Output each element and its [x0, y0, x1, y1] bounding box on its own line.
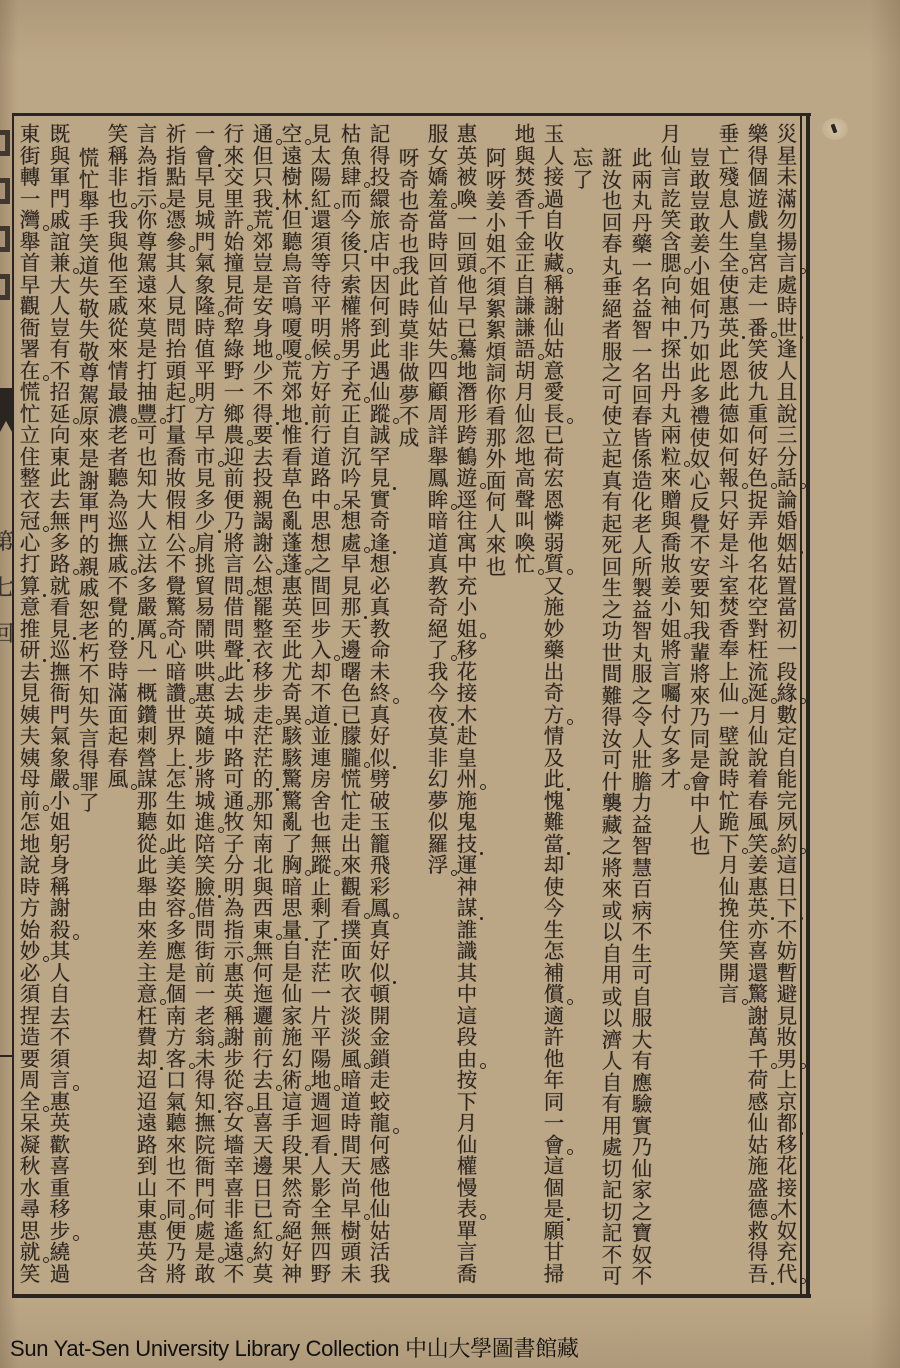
character: 戲	[746, 210, 770, 232]
character: 陪	[193, 834, 217, 856]
punctuation-circle	[131, 569, 137, 575]
character: 非	[106, 167, 130, 189]
character: 將	[193, 769, 217, 791]
character: 有	[48, 339, 72, 361]
character: 點	[164, 167, 188, 189]
character: 惠	[455, 124, 479, 146]
punctuation-circle	[160, 999, 166, 1005]
character: 推	[18, 619, 42, 641]
punctuation-dot	[771, 1282, 774, 1285]
text-column: 忘了	[571, 148, 595, 191]
character: 你	[484, 385, 508, 407]
text-column: 見太陽紅還須等待平明候方好前行道路中思想之間回步入却不道並連房舍也無蹤止剩了茫茫…	[309, 124, 333, 1285]
character: 意	[18, 597, 42, 619]
character: 步	[309, 619, 333, 641]
character: 是	[164, 189, 188, 211]
character: 投	[368, 167, 392, 189]
character: 奇	[426, 597, 450, 619]
punctuation-dot	[480, 852, 483, 855]
character: 失	[77, 277, 101, 299]
punctuation-circle	[480, 268, 486, 274]
character: 能	[775, 769, 799, 791]
character: 風	[339, 1049, 363, 1071]
character: 分	[775, 447, 799, 469]
character: 鎖	[368, 1049, 392, 1071]
character: 知	[135, 468, 159, 490]
character: 太	[309, 146, 333, 168]
character: 轉	[18, 167, 42, 189]
character: 這	[455, 1006, 479, 1028]
character: 犂	[222, 318, 246, 340]
character: 不	[309, 683, 333, 705]
character: 未	[775, 167, 799, 189]
character: 移	[455, 640, 479, 662]
punctuation-circle	[567, 1149, 573, 1155]
character: 質	[542, 554, 566, 576]
punctuation-circle	[43, 1257, 49, 1263]
character: 感	[746, 1092, 770, 1114]
character: 回	[309, 597, 333, 619]
character: 姐	[48, 812, 72, 834]
character: 殺	[48, 920, 72, 942]
character: 費	[135, 1027, 159, 1049]
character: 金	[368, 1027, 392, 1049]
character: 製	[630, 578, 654, 600]
character: 可	[135, 425, 159, 447]
character: 與	[251, 877, 275, 899]
character: 失	[77, 707, 101, 729]
character: 走	[368, 1070, 392, 1092]
character: 移	[48, 1199, 72, 1221]
character: 玉	[368, 812, 392, 834]
character: 恕	[77, 600, 101, 622]
character: 立	[135, 533, 159, 555]
character: 始	[18, 920, 42, 942]
character: 怎	[542, 941, 566, 963]
character: 戚	[48, 210, 72, 232]
punctuation-dot	[247, 659, 250, 662]
character: 覺	[688, 514, 712, 536]
character: 莫	[397, 320, 421, 342]
character: 面	[106, 705, 130, 727]
character: 人	[630, 535, 654, 557]
character: 月	[455, 1113, 479, 1135]
character: 乃	[222, 511, 246, 533]
character: 空	[280, 124, 304, 146]
character: 乃	[630, 1137, 654, 1159]
character: 誑	[600, 148, 624, 170]
character: 軍	[48, 167, 72, 189]
character: 間	[309, 576, 333, 598]
character: 玉	[542, 124, 566, 146]
character: 言	[77, 729, 101, 751]
character: 浮	[426, 855, 450, 877]
character: 姐	[455, 619, 479, 641]
character: 立	[600, 428, 624, 450]
character: 地	[309, 1070, 333, 1092]
character: 首	[18, 253, 42, 275]
character: 死	[600, 535, 624, 557]
character: 住	[717, 920, 741, 942]
frame-left-border	[12, 113, 14, 1298]
character: 同	[164, 1199, 188, 1221]
character: 如	[717, 425, 741, 447]
character: 回	[600, 213, 624, 235]
character: 聽	[135, 812, 159, 834]
text-column: 服女嬌羞當時回首仙姑失四顧周詳舉鳳眸暗道真教奇絕了我今夜莫非幻夢似羅浮	[426, 124, 450, 877]
character: 問	[222, 576, 246, 598]
character: 花	[775, 1156, 799, 1178]
character: 向	[48, 425, 72, 447]
punctuation-circle	[131, 418, 137, 424]
character: 人	[717, 210, 741, 232]
character: 凡	[135, 640, 159, 662]
text-column: 慌忙舉手笑道失敬失敬尊駕原來是謝軍門的親戚恕老朽不知失言得罪了	[77, 148, 101, 815]
character: 身	[48, 855, 72, 877]
character: 不	[164, 554, 188, 576]
character: 姨	[18, 705, 42, 727]
text-column: 東街轉一灣舉首早觀衙署在慌忙立住整衣冠心打算意推研去見姨夫姨母前怎地說時方始妙必…	[18, 124, 42, 1285]
punctuation-circle	[189, 1214, 195, 1220]
character: 無	[251, 941, 275, 963]
character: 祈	[164, 124, 188, 146]
character: 跨	[455, 425, 479, 447]
character: 公	[251, 554, 275, 576]
character: 立	[18, 425, 42, 447]
character: 豈	[688, 148, 712, 170]
character: 一	[630, 342, 654, 364]
character: 掃	[542, 1264, 566, 1286]
character: 忙	[77, 170, 101, 192]
character: 權	[455, 1156, 479, 1178]
character: 反	[688, 492, 712, 514]
character: 了	[77, 793, 101, 815]
character: 記	[600, 1180, 624, 1202]
character: 膽	[630, 772, 654, 794]
character: 也	[600, 191, 624, 213]
frame-top-border	[12, 113, 811, 116]
character: 當	[775, 597, 799, 619]
character: 羞	[426, 189, 450, 211]
character: 山	[135, 1178, 159, 1200]
character: 覺	[164, 576, 188, 598]
character: 將	[688, 664, 712, 686]
character: 對	[746, 619, 770, 641]
character: 量	[280, 920, 304, 942]
character: 候	[309, 339, 333, 361]
punctuation-circle	[43, 526, 49, 532]
character: 謝	[222, 1027, 246, 1049]
character: 的	[77, 535, 101, 557]
character: 京	[775, 1092, 799, 1114]
character: 妨	[775, 941, 799, 963]
character: 壁	[717, 726, 741, 748]
character: 忽	[513, 425, 537, 447]
character: 幻	[280, 1049, 304, 1071]
text-column: 記得投繯旅店中因何到此遇仙蹤誠罕見實奇逢想必真教命未終真好似劈破玉籠飛彩鳳真好似…	[368, 124, 392, 1285]
character: 德	[717, 404, 741, 426]
character: 詳	[426, 425, 450, 447]
character: 少	[193, 511, 217, 533]
character: 亡	[717, 146, 741, 168]
punctuation-circle	[567, 268, 573, 274]
character: 起	[600, 449, 624, 471]
character: 來	[339, 855, 363, 877]
character: 荷	[222, 296, 246, 318]
character: 敬	[77, 299, 101, 321]
character: 使	[600, 406, 624, 428]
character: 應	[164, 941, 188, 963]
punctuation-dot	[393, 981, 396, 984]
library-watermark: Sun Yat-Sen University Library Collectio…	[10, 1337, 579, 1361]
character: 尊	[135, 232, 159, 254]
character: 中	[659, 318, 683, 340]
punctuation-circle	[538, 203, 544, 209]
character: 人	[775, 361, 799, 383]
punctuation-circle	[742, 848, 748, 854]
character: 喚	[513, 533, 537, 555]
character: 路	[135, 1135, 159, 1157]
punctuation-dot	[800, 917, 803, 920]
character: 仙	[368, 1199, 392, 1221]
character: 言	[455, 1242, 479, 1264]
character: 只	[251, 167, 275, 189]
character: 英	[746, 898, 770, 920]
character: 將	[339, 318, 363, 340]
character: 朽	[77, 643, 101, 665]
character: 感	[368, 1156, 392, 1178]
character: 誠	[368, 425, 392, 447]
character: 示	[135, 189, 159, 211]
character: 如	[164, 812, 188, 834]
punctuation-circle	[276, 719, 282, 725]
character: 舉	[18, 232, 42, 254]
character: 色	[280, 490, 304, 512]
character: 聽	[280, 232, 304, 254]
character: 付	[659, 705, 683, 727]
character: 駭	[280, 726, 304, 748]
character: 焚	[513, 167, 537, 189]
punctuation-circle	[742, 698, 748, 704]
punctuation-circle	[305, 569, 311, 575]
character: 草	[280, 468, 304, 490]
character: 迤	[251, 984, 275, 1006]
character: 看	[280, 447, 304, 469]
character: 荷	[542, 447, 566, 469]
character: 不	[48, 361, 72, 383]
character: 人	[309, 1156, 333, 1178]
character: 服	[600, 342, 624, 364]
character: 豈	[688, 191, 712, 213]
text-column: 言為指示你尊駕遠來莫是打抽豐可也知大人立法多嚴厲凡一概鑽刺營謀那聽從此舉由來差主…	[135, 124, 159, 1285]
character: 見	[193, 189, 217, 211]
character: 流	[746, 662, 770, 684]
character: 方	[193, 404, 217, 426]
character: 失	[77, 320, 101, 342]
punctuation-dot	[364, 250, 367, 253]
character: 憐	[542, 511, 566, 533]
character: 界	[164, 726, 188, 748]
punctuation-dot	[305, 938, 308, 941]
character: 春	[106, 748, 130, 770]
character: 此	[48, 468, 72, 490]
punctuation-circle	[684, 633, 690, 639]
character: 驚	[164, 597, 188, 619]
character: 是	[135, 339, 159, 361]
punctuation-dot	[276, 207, 279, 210]
character: 都	[775, 1113, 799, 1135]
character: 施	[746, 1156, 770, 1178]
character: 前	[222, 468, 246, 490]
character: 此	[135, 855, 159, 877]
character: 里	[222, 189, 246, 211]
character: 女	[222, 1113, 246, 1135]
character: 病	[630, 901, 654, 923]
character: 係	[630, 449, 654, 471]
character: 仙	[746, 1113, 770, 1135]
character: 女	[426, 146, 450, 168]
character: 叫	[513, 511, 537, 533]
punctuation-circle	[305, 870, 311, 876]
character: 兩	[659, 425, 683, 447]
character: 小	[659, 597, 683, 619]
character: 奇	[397, 170, 421, 192]
margin-title-fragment	[0, 130, 12, 322]
character: 袖	[659, 296, 683, 318]
character: 見	[339, 576, 363, 598]
character: 登	[106, 640, 130, 662]
character: 言	[48, 1070, 72, 1092]
character: 月	[746, 705, 770, 727]
character: 指	[135, 167, 159, 189]
character: 見	[48, 619, 72, 641]
text-column: 阿呀姜小姐不須絮絮煩詞你看那外面何人來也	[484, 148, 508, 578]
character: 城	[193, 210, 217, 232]
character: 平	[193, 361, 217, 383]
character: 這	[280, 1092, 304, 1114]
character: 色	[339, 683, 363, 705]
character: 遠	[222, 1242, 246, 1264]
character: 枉	[746, 640, 770, 662]
character: 四	[309, 1242, 333, 1264]
character: 功	[600, 621, 624, 643]
character: 喜	[746, 941, 770, 963]
character: 今	[426, 683, 450, 705]
character: 須	[48, 1049, 72, 1071]
character: 眸	[426, 490, 450, 512]
punctuation-circle	[480, 1063, 486, 1069]
character: 方	[309, 361, 333, 383]
character: 可	[630, 965, 654, 987]
character: 茫	[251, 726, 275, 748]
character: 早	[193, 167, 217, 189]
character: 段	[280, 1135, 304, 1157]
character: 風	[106, 769, 130, 791]
character: 全	[309, 1199, 333, 1221]
character: 生	[717, 232, 741, 254]
character: 鑽	[135, 705, 159, 727]
punctuation-dot	[800, 336, 803, 339]
character: 好	[717, 511, 741, 533]
character: 你	[135, 210, 159, 232]
text-column: 空遠樹林但聽鳥音鳴嗄嗄荒郊地惟看草色亂蓬蓬惠英至此尤奇異駭駭驚驚亂了胸暗思量自是…	[280, 124, 304, 1285]
character: 步	[193, 748, 217, 770]
character: 似	[368, 748, 392, 770]
punctuation-dot	[218, 164, 221, 167]
character: 最	[106, 382, 130, 404]
character: 邐	[251, 1006, 275, 1028]
character: 下	[455, 1092, 479, 1114]
character: 一	[746, 296, 770, 318]
character: 去	[48, 1006, 72, 1028]
character: 因	[368, 275, 392, 297]
character: 得	[251, 404, 275, 426]
character: 須	[484, 277, 508, 299]
character: 仙	[455, 1135, 479, 1157]
character: 鳥	[280, 253, 304, 275]
character: 南	[164, 1006, 188, 1028]
character: 早	[193, 425, 217, 447]
character: 說	[746, 748, 770, 770]
character: 來	[164, 1135, 188, 1157]
character: 弱	[542, 533, 566, 555]
character: 襲	[600, 793, 624, 815]
character: 智	[630, 320, 654, 342]
punctuation-circle	[73, 1085, 79, 1091]
character: 宮	[746, 253, 770, 275]
character: 也	[484, 557, 508, 579]
punctuation-circle	[276, 1235, 282, 1241]
character: 前	[309, 404, 333, 426]
character: 滿	[775, 189, 799, 211]
character: 影	[309, 1178, 333, 1200]
punctuation-circle	[334, 354, 340, 360]
character: 嗄	[280, 339, 304, 361]
character: 州	[455, 769, 479, 791]
character: 神	[280, 1264, 304, 1286]
character: 茫	[309, 941, 333, 963]
character: 得	[600, 707, 624, 729]
character: 惠	[193, 683, 217, 705]
punctuation-dot	[73, 637, 76, 640]
punctuation-circle	[276, 569, 282, 575]
character: 大	[48, 275, 72, 297]
character: 從	[135, 834, 159, 856]
character: 惠	[48, 1092, 72, 1114]
character: 一	[193, 124, 217, 146]
character: 一	[542, 1113, 566, 1135]
character: 慌	[77, 148, 101, 170]
character: 迢	[135, 1092, 159, 1114]
character: 男	[775, 1049, 799, 1071]
punctuation-circle	[451, 655, 457, 661]
character: 早	[18, 275, 42, 297]
character: 說	[775, 404, 799, 426]
character: 尤	[280, 662, 304, 684]
character: 也	[309, 812, 333, 834]
character: 得	[746, 146, 770, 168]
character: 千	[513, 210, 537, 232]
character: 署	[18, 339, 42, 361]
character: 謁	[251, 511, 275, 533]
character: 接	[455, 683, 479, 705]
character: 到	[135, 1156, 159, 1178]
character: 間	[339, 1135, 363, 1157]
character: 農	[222, 425, 246, 447]
character: 至	[280, 619, 304, 641]
character: 笑	[193, 855, 217, 877]
punctuation-circle	[800, 698, 806, 704]
